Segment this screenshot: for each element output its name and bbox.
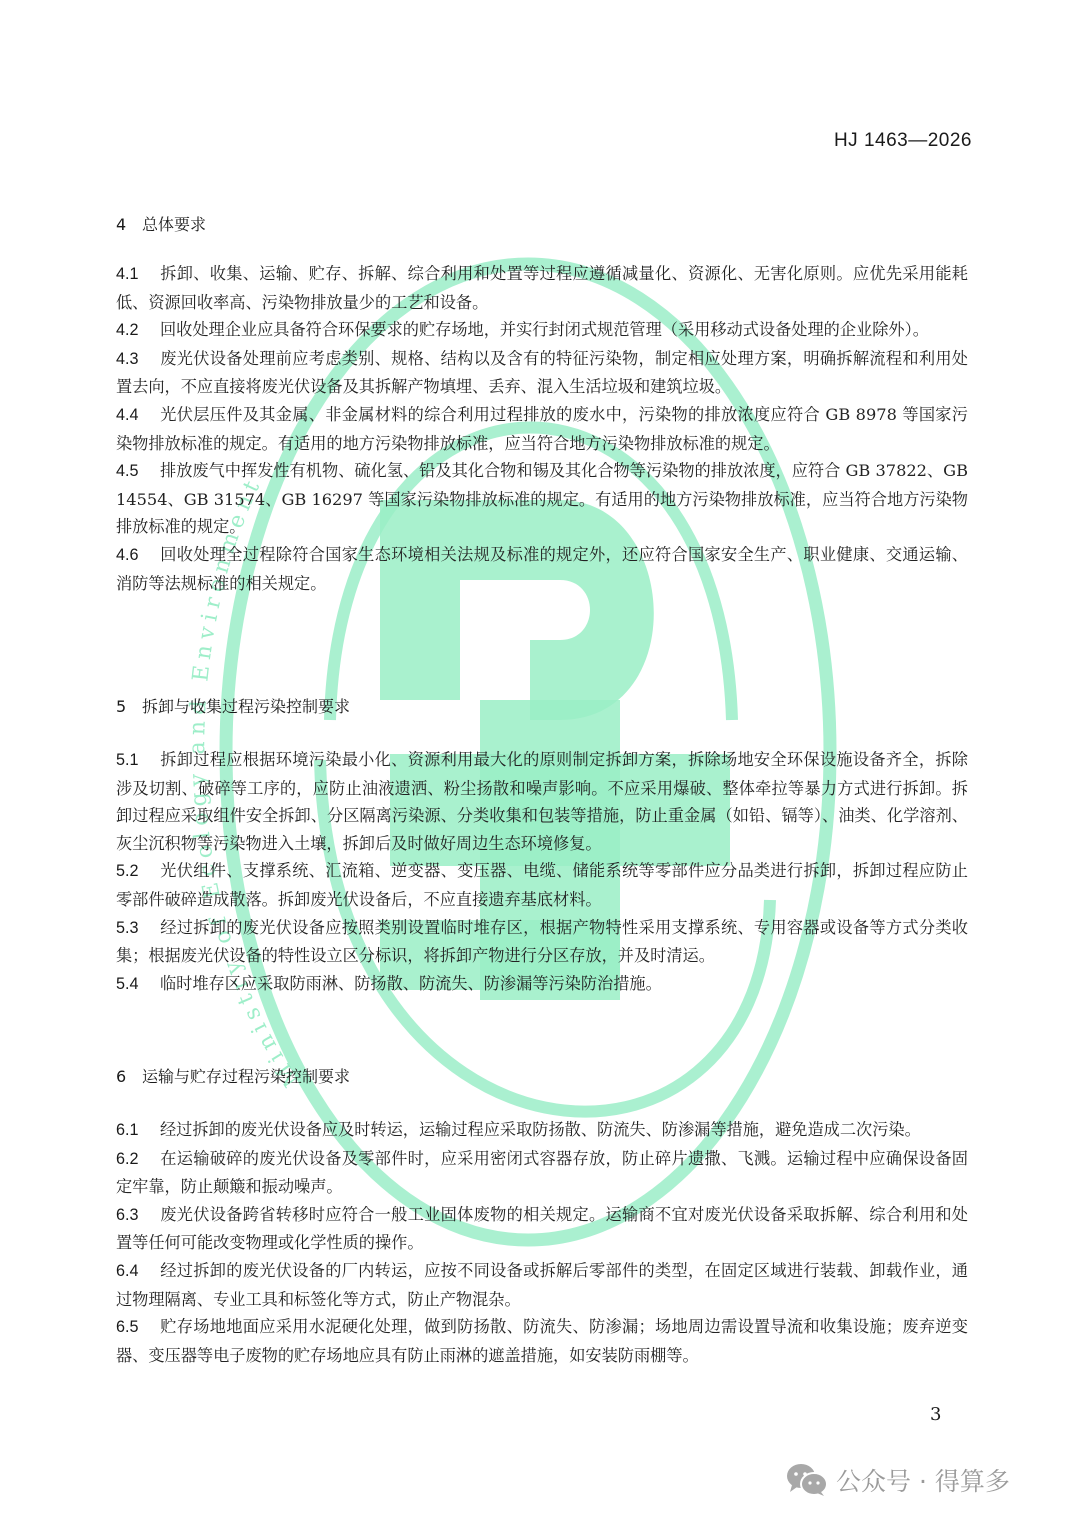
section-5-body: 5.1拆卸过程应根据环境污染最小化、资源利用最大化的原则制定拆卸方案，拆除场地安… (116, 746, 968, 998)
section-4-body: 4.1拆卸、收集、运输、贮存、拆解、综合利用和处置等过程应遵循减量化、资源化、无… (116, 260, 968, 597)
clause-6-5: 6.5贮存场地地面应采用水泥硬化处理，做到防扬散、防流失、防渗漏；场地周边需设置… (116, 1313, 968, 1369)
clause-6-3: 6.3废光伏设备跨省转移时应符合一般工业固体废物的相关规定。运输商不宜对废光伏设… (116, 1201, 968, 1257)
wechat-caption-text: 公众号 · 得算多 (836, 1462, 1010, 1498)
page-number: 3 (930, 1404, 941, 1425)
document-code: HJ 1463—2026 (834, 130, 972, 152)
clause-6-2: 6.2在运输破碎的废光伏设备及零部件时，应采用密闭式容器存放，防止碎片遗撒、飞溅… (116, 1145, 968, 1201)
clause-5-1: 5.1拆卸过程应根据环境污染最小化、资源利用最大化的原则制定拆卸方案，拆除场地安… (116, 746, 968, 857)
section-title: 5拆卸与收集过程污染控制要求 (116, 694, 968, 717)
clause-5-4: 5.4临时堆存区应采取防雨淋、防扬散、防流失、防渗漏等污染防治措施。 (116, 970, 968, 999)
clause-4-4: 4.4光伏层压件及其金属、非金属材料的综合利用过程排放的废水中，污染物的排放浓度… (116, 401, 968, 457)
clause-4-5: 4.5排放废气中挥发性有机物、硫化氢、铅及其化合物和锡及其化合物等污染物的排放浓… (116, 457, 968, 541)
section-5: 5拆卸与收集过程污染控制要求 (116, 694, 968, 717)
section-4: 4总体要求 (116, 212, 968, 235)
clause-4-2: 4.2回收处理企业应具备符合环保要求的贮存场地，并实行封闭式规范管理（采用移动式… (116, 316, 968, 345)
section-6: 6运输与贮存过程污染控制要求 (116, 1064, 968, 1087)
clause-4-1: 4.1拆卸、收集、运输、贮存、拆解、综合利用和处置等过程应遵循减量化、资源化、无… (116, 260, 968, 316)
clause-4-6: 4.6回收处理全过程除符合国家生态环境相关法规及标准的规定外，还应符合国家安全生… (116, 541, 968, 597)
clause-5-3: 5.3经过拆卸的废光伏设备应按照类别设置临时堆存区，根据产物特性采用支撑系统、专… (116, 914, 968, 970)
wechat-icon (786, 1463, 828, 1497)
wechat-account-caption[interactable]: 公众号 · 得算多 (786, 1462, 1010, 1498)
section-6-body: 6.1经过拆卸的废光伏设备应及时转运，运输过程应采取防扬散、防流失、防渗漏等措施… (116, 1116, 968, 1369)
section-title: 6运输与贮存过程污染控制要求 (116, 1064, 968, 1087)
clause-5-2: 5.2光伏组件、支撑系统、汇流箱、逆变器、变压器、电缆、储能系统等零部件应分品类… (116, 857, 968, 913)
section-title: 4总体要求 (116, 212, 968, 235)
document-page: HJ 1463—2026 4总体要求 4.1拆卸、收集、运输、贮存、拆解、综合利… (0, 0, 1080, 1528)
clause-6-4: 6.4经过拆卸的废光伏设备的厂内转运，应按不同设备或拆解后零部件的类型，在固定区… (116, 1257, 968, 1313)
clause-4-3: 4.3废光伏设备处理前应考虑类别、规格、结构以及含有的特征污染物，制定相应处理方… (116, 345, 968, 401)
clause-6-1: 6.1经过拆卸的废光伏设备应及时转运，运输过程应采取防扬散、防流失、防渗漏等措施… (116, 1116, 968, 1145)
